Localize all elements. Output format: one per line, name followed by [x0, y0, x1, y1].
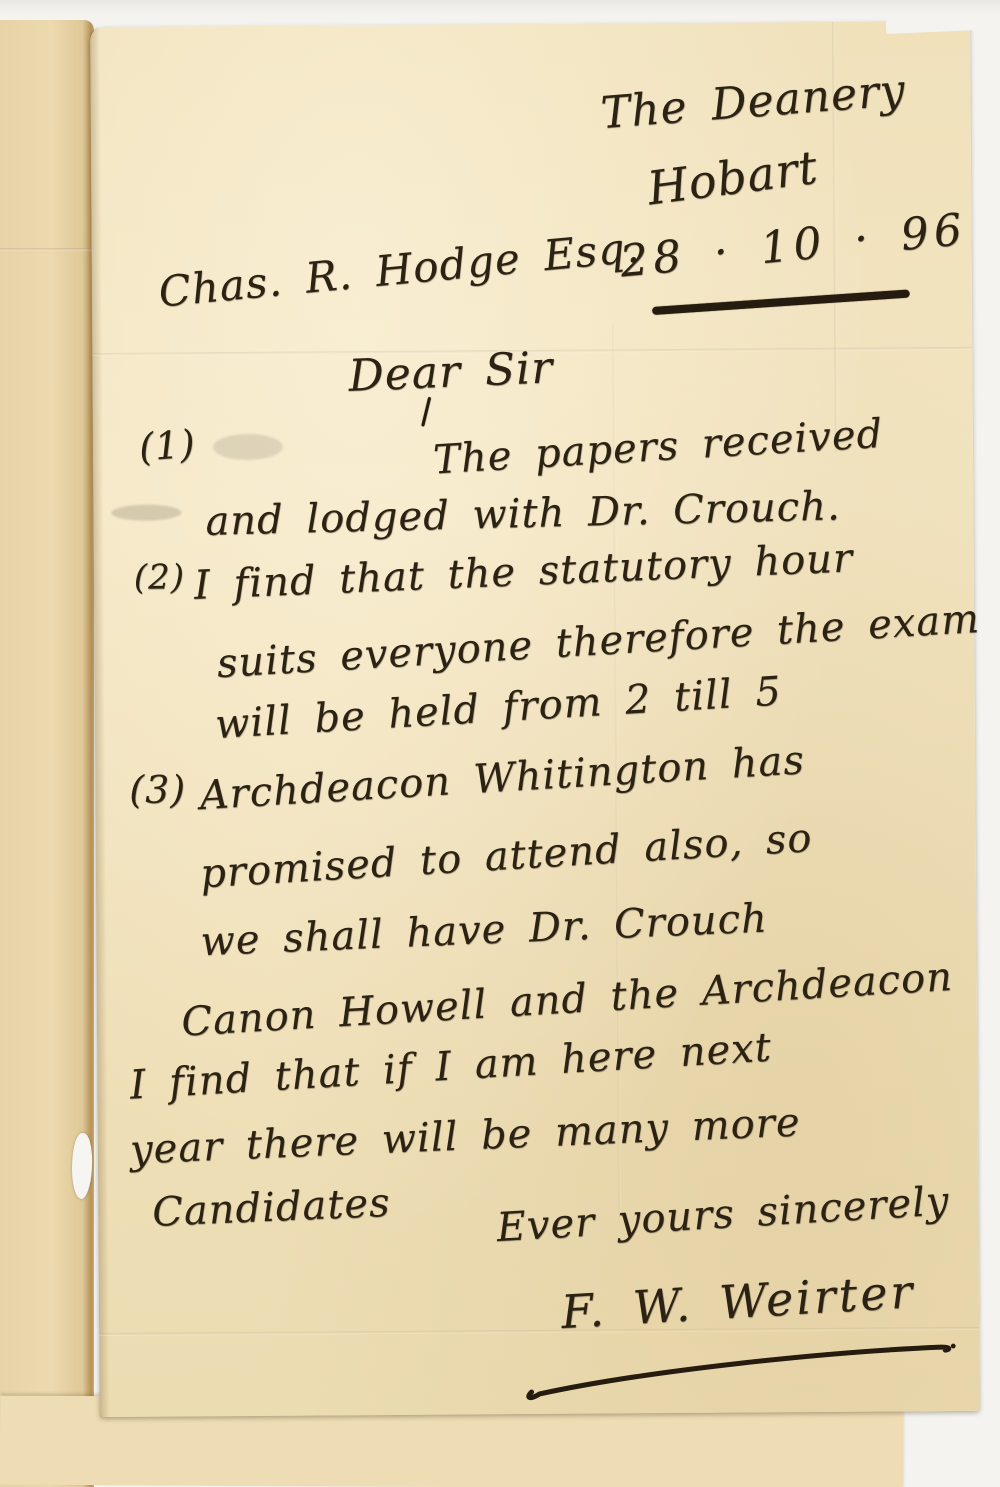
- ink-smudge: [111, 504, 181, 520]
- signature: F. W. Weirter: [560, 1268, 917, 1335]
- letter-date: 28 · 10 · 96: [618, 208, 968, 285]
- salutation: Dear Sir: [348, 346, 554, 399]
- left-page-fold-edge: [0, 20, 94, 1487]
- date-underline: [652, 289, 910, 315]
- item-3-number: (3): [129, 770, 186, 808]
- item-2-line-3: will be held from 2 till 5: [214, 671, 783, 745]
- item-3-line-4: Canon Howell and the Archdeacon: [180, 957, 954, 1043]
- item-2-line-2: suits everyone therefore the exam: [216, 599, 981, 684]
- sender-location-line2: Hobart: [645, 144, 821, 212]
- item-1-line-1: The papers received: [432, 414, 884, 481]
- ink-smudge: [213, 434, 283, 460]
- item-1-number: (1): [138, 424, 198, 466]
- stray-pen-stroke: [421, 397, 431, 427]
- left-sheet-crease: [0, 248, 94, 251]
- signature-flourish: [523, 1339, 959, 1400]
- valediction: Ever yours sincerely: [496, 1181, 951, 1248]
- horizontal-crease-bottom: [99, 1327, 979, 1336]
- scanned-letter: The Deanery Hobart 28 · 10 · 96 Chas. R.…: [0, 0, 1000, 1487]
- recipient-line: Chas. R. Hodge Esq.: [157, 226, 642, 313]
- item-3-line-1: Archdeacon Whitington has: [199, 740, 806, 816]
- sender-location-line1: The Deanery: [599, 69, 907, 136]
- item-1-line-2: and lodged with Dr. Crouch.: [205, 486, 841, 542]
- item-3-line-2: promised to attend also, so: [199, 818, 813, 894]
- item-2-number: (2): [134, 560, 185, 594]
- item-2-line-1: I find that the statutory hour: [193, 538, 854, 606]
- postscript-line-2: year there will be many more: [129, 1102, 801, 1170]
- letter-page: The Deanery Hobart 28 · 10 · 96 Chas. R.…: [90, 21, 980, 1417]
- item-3-line-3: we shall have Dr. Crouch: [200, 898, 769, 962]
- postscript-line-3: Candidates: [152, 1183, 392, 1233]
